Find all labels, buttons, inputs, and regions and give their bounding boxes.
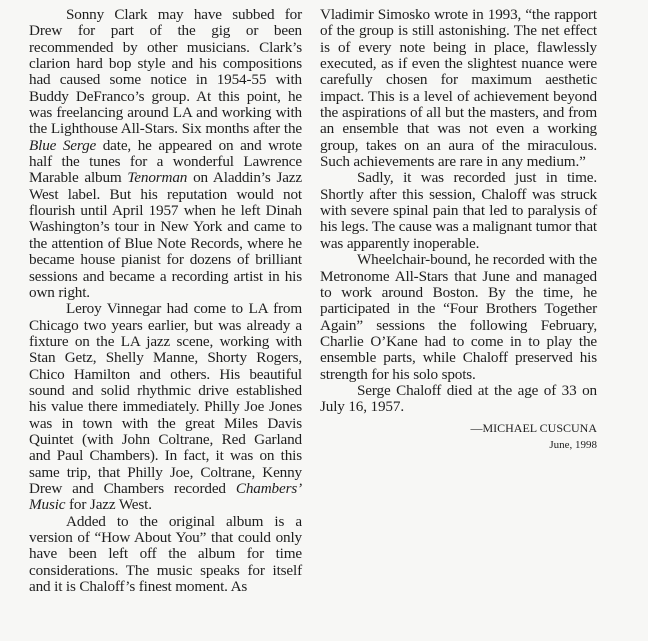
left-column: Sonny Clark may have subbed for Drew for… — [29, 7, 302, 595]
text-run: Added to the original album is a version… — [29, 513, 302, 595]
italic-title: Blue Serge — [29, 137, 96, 154]
right-column: Vladimir Simosko wrote in 1993, “the rap… — [320, 7, 597, 453]
liner-notes-page: Sonny Clark may have subbed for Drew for… — [0, 0, 648, 641]
text-run: Vladimir Simosko wrote in 1993, “the rap… — [320, 6, 597, 170]
text-run: Wheelchair-bound, he recorded with the M… — [320, 251, 597, 382]
paragraph: Added to the original album is a version… — [29, 514, 302, 596]
text-run: for Jazz West. — [65, 496, 152, 513]
paragraph: Leroy Vinnegar had come to LA from Chica… — [29, 301, 302, 513]
text-run: Leroy Vinnegar had come to LA from Chica… — [29, 300, 302, 497]
paragraph: Wheelchair-bound, he recorded with the M… — [320, 252, 597, 383]
text-run: Sadly, it was recorded just in time. Sho… — [320, 169, 597, 251]
paragraph: Sonny Clark may have subbed for Drew for… — [29, 7, 302, 301]
paragraph: Vladimir Simosko wrote in 1993, “the rap… — [320, 7, 597, 170]
author-signature: —MICHAEL CUSCUNA — [320, 420, 597, 436]
right-column-paragraphs: Vladimir Simosko wrote in 1993, “the rap… — [320, 7, 597, 416]
paragraph: Serge Chaloff died at the age of 33 on J… — [320, 383, 597, 416]
text-run: Serge Chaloff died at the age of 33 on J… — [320, 382, 597, 415]
signature-date: June, 1998 — [320, 437, 597, 453]
italic-title: Tenorman — [127, 169, 187, 186]
paragraph: Sadly, it was recorded just in time. Sho… — [320, 170, 597, 252]
text-run: Sonny Clark may have subbed for Drew for… — [29, 6, 302, 137]
text-run: on Aladdin’s Jazz West label. But his re… — [29, 169, 302, 300]
